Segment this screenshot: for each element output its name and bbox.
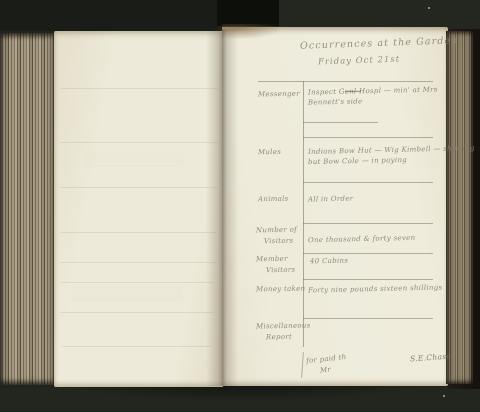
row-entry: Bennett's side: [308, 97, 363, 106]
bleed-smudge: [84, 150, 184, 166]
bleed-rule: [60, 312, 214, 313]
rule-line: [303, 318, 433, 319]
left-page-edges: [0, 33, 56, 385]
right-page-edges: [446, 31, 473, 384]
row-label: Money taken: [256, 285, 306, 294]
rule-line: [303, 182, 433, 183]
backdrop-patch: [0, 0, 218, 31]
rule-line: [303, 223, 433, 224]
bleed-rule: [62, 346, 212, 347]
row-label: Number of: [256, 226, 297, 235]
bleed-rule: [60, 142, 218, 143]
column-divider: [303, 81, 304, 347]
bleed-rule: [60, 262, 216, 263]
backdrop-notch: [217, 0, 279, 26]
rule-line: [258, 81, 433, 82]
row-label: Visitors: [264, 237, 294, 246]
rule-line: [303, 122, 378, 123]
bleed-rule: [60, 88, 218, 89]
photo-of-open-ledger: Occurrences at the Garden Friday Oct 21s…: [0, 0, 480, 412]
bleed-rule: [60, 282, 214, 283]
row-label: Miscellaneous: [256, 322, 311, 331]
bleed-rule: [60, 187, 218, 188]
row-label: Animals: [258, 195, 289, 204]
row-label: Member: [256, 255, 288, 264]
row-entry: 40 Cabins: [310, 257, 348, 266]
rule-line: [303, 253, 433, 254]
row-label: Mules: [258, 148, 281, 156]
footer-note: Mr: [320, 365, 332, 374]
left-page-blank: [54, 31, 223, 387]
rule-line: [303, 279, 433, 280]
gutter-shadow: [206, 29, 238, 386]
dust-speck: [428, 7, 430, 9]
rule-line: [303, 137, 433, 138]
row-label: Visitors: [266, 266, 296, 275]
row-label: Messenger: [258, 90, 300, 99]
row-entry: All in Order: [308, 194, 354, 203]
bleed-rule: [60, 232, 216, 233]
row-label: Report: [266, 333, 292, 341]
bleed-smudge: [72, 284, 182, 300]
